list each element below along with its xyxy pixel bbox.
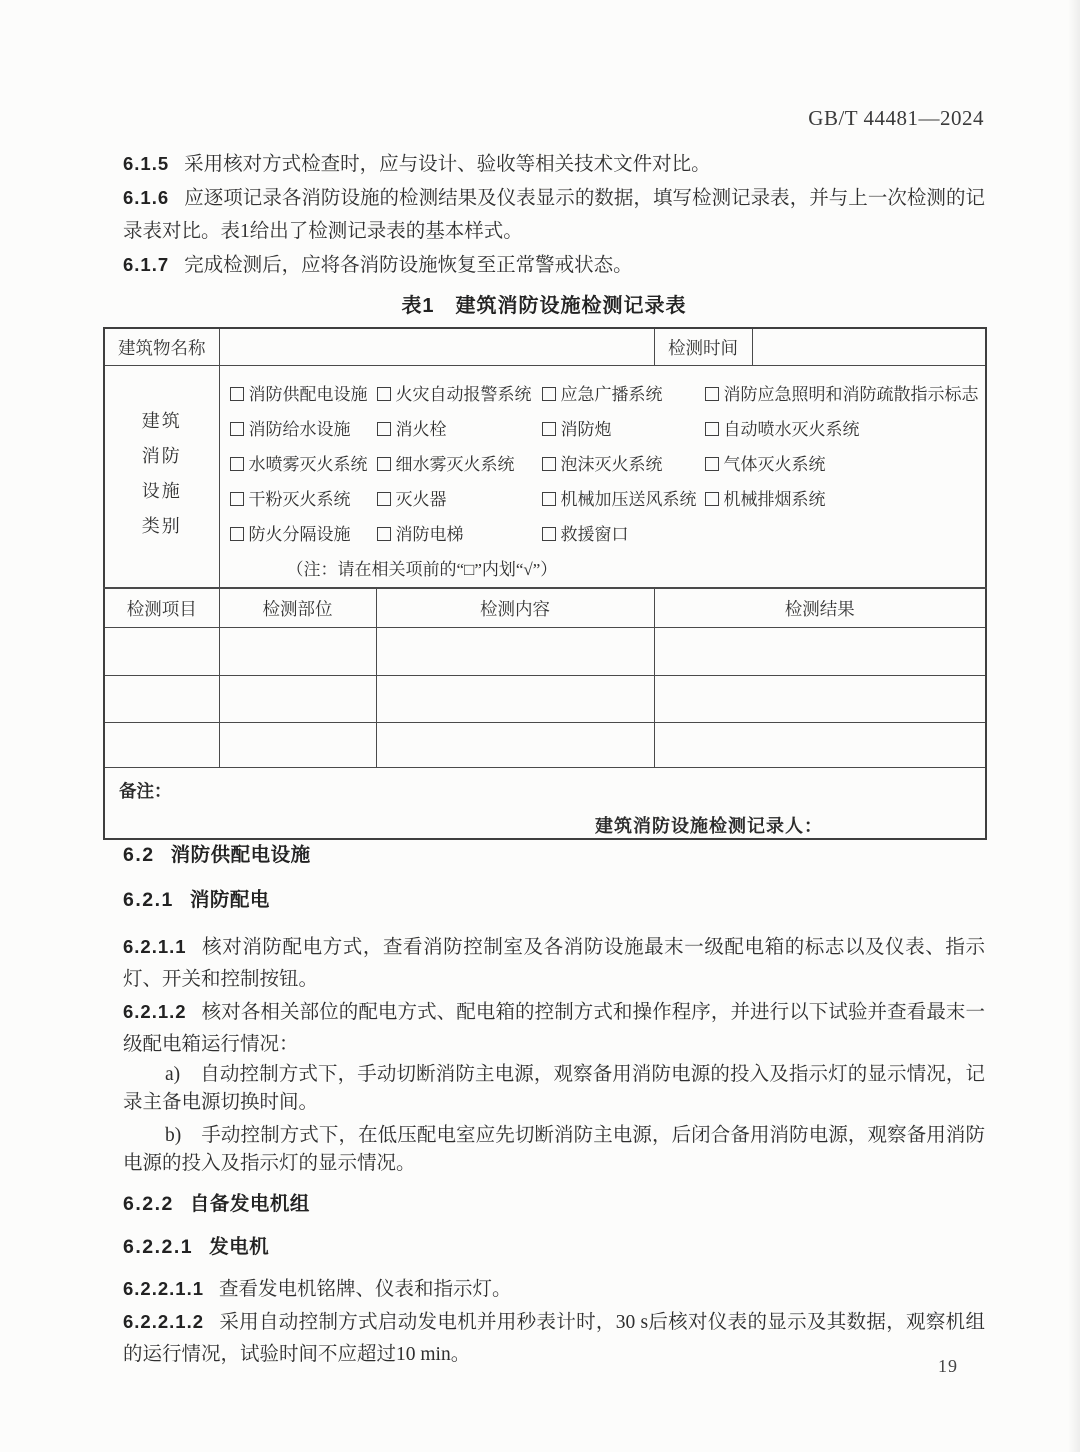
system-checkbox-item: 火灾自动报警系统: [377, 377, 542, 412]
checkbox-icon: [230, 387, 244, 401]
checkbox-icon: [230, 422, 244, 436]
section-title: 消防供配电设施: [171, 844, 311, 866]
checkbox-label: 灭火器: [396, 490, 447, 509]
empty-cell: [376, 628, 654, 676]
scan-edge-shade: [1068, 0, 1080, 1452]
checkbox-icon: [377, 492, 391, 506]
checkbox-icon: [705, 457, 719, 471]
remark-cell: 备注： 建筑消防设施检测记录人：: [104, 768, 986, 840]
checkbox-icon: [377, 387, 391, 401]
list-text: 手动控制方式下，在低压配电室应先切断消防主电源，后闭合备用消防电源，观察备用消防…: [123, 1125, 985, 1174]
system-checkbox-item: 自动喷水灭火系统: [705, 412, 982, 447]
clause-number: 6.2.1.2: [123, 1001, 187, 1022]
remark-label: 备注：: [119, 778, 172, 803]
test-time-label-cell: 检测时间: [654, 328, 752, 366]
building-name-label-cell: 建筑物名称: [104, 328, 219, 366]
list-marker: a): [165, 1064, 180, 1085]
section-heading-6-2-1: 6.2.1消防配电: [123, 888, 985, 912]
checkbox-icon: [377, 527, 391, 541]
checkbox-label: 水喷雾灭火系统: [249, 455, 368, 474]
checkbox-note: （注：请在相关项前的“□”内划“√”）: [287, 552, 982, 587]
clause-6-2-1-1: 6.2.1.1核对消防配电方式，查看消防控制室及各消防设施最末一级配电箱的标志以…: [123, 931, 985, 996]
system-checkbox-item: 消防电梯: [377, 517, 542, 552]
checkbox-line: 干粉灭火系统 灭火器 机械加压送风系统 机械排烟系统: [230, 482, 982, 517]
category-label-cell: 建筑 消防 设施 类别: [104, 366, 219, 589]
clause-number: 6.1.6: [123, 187, 169, 208]
document-page: GB/T 44481—2024 6.1.5采用核对方式检查时，应与设计、验收等相…: [0, 0, 1080, 1452]
section-heading-6-2: 6.2消防供配电设施: [123, 843, 985, 867]
section-title: 自备发电机组: [190, 1193, 310, 1215]
intro-clauses: 6.1.5采用核对方式检查时，应与设计、验收等相关技术文件对比。 6.1.6应逐…: [123, 147, 985, 282]
checkbox-icon: [230, 492, 244, 506]
test-time-value-cell: [752, 328, 986, 366]
detail-header-cell: 检测结果: [654, 588, 986, 628]
detail-header-cell: 检测部位: [219, 588, 376, 628]
clause-6-1-5: 6.1.5采用核对方式检查时，应与设计、验收等相关技术文件对比。: [123, 147, 985, 181]
section-number: 6.2.2: [123, 1193, 174, 1215]
checkbox-line: 消防供配电设施 火灾自动报警系统 应急广播系统 消防应急照明和消防疏散指示标志: [230, 377, 982, 412]
recorder-label: 建筑消防设施检测记录人：: [595, 812, 823, 838]
test-time-label: 检测时间: [668, 338, 738, 358]
system-checkbox-item: 水喷雾灭火系统: [230, 447, 377, 482]
system-checkbox-item: 机械加压送风系统: [542, 482, 705, 517]
section-heading-6-2-2: 6.2.2自备发电机组: [123, 1192, 985, 1216]
checkbox-label: 消防应急照明和消防疏散指示标志: [724, 385, 979, 404]
system-checkbox-item: 消防给水设施: [230, 412, 377, 447]
system-checkbox-item: 防火分隔设施: [230, 517, 377, 552]
system-checkbox-item: 干粉灭火系统: [230, 482, 377, 517]
remark-row: 备注： 建筑消防设施检测记录人：: [104, 768, 986, 840]
checkbox-label: 消防炮: [561, 420, 612, 439]
system-checkbox-item: 消防供配电设施: [230, 377, 377, 412]
clause-text: 应逐项记录各消防设施的检测结果及仪表显示的数据，填写检测记录表，并与上一次检测的…: [123, 188, 985, 242]
clause-6-1-7: 6.1.7完成检测后，应将各消防设施恢复至正常警戒状态。: [123, 248, 985, 282]
detail-header-row: 检测项目 检测部位 检测内容 检测结果: [104, 588, 986, 628]
checkbox-icon: [542, 527, 556, 541]
category-label-line: 消防: [105, 439, 219, 474]
category-label-line: 设施: [105, 474, 219, 509]
checkbox-icon: [377, 457, 391, 471]
checkbox-label: 泡沫灭火系统: [561, 455, 663, 474]
clause-number: 6.2.2.1.1: [123, 1278, 204, 1299]
system-checkbox-item: 消防炮: [542, 412, 705, 447]
clause-6-2-1-2: 6.2.1.2核对各相关部位的配电方式、配电箱的控制方式和操作程序，并进行以下试…: [123, 996, 985, 1061]
checkbox-line: 消防给水设施 消火栓 消防炮 自动喷水灭火系统: [230, 412, 982, 447]
detail-header-cell: 检测项目: [104, 588, 219, 628]
checkbox-icon: [705, 422, 719, 436]
checkbox-label: 干粉灭火系统: [249, 490, 351, 509]
checkbox-icon: [542, 457, 556, 471]
checkbox-icon: [230, 527, 244, 541]
building-name-label: 建筑物名称: [118, 338, 206, 358]
systems-checkbox-cell: 消防供配电设施 火灾自动报警系统 应急广播系统 消防应急照明和消防疏散指示标志 …: [219, 366, 986, 589]
detail-header-cell: 检测内容: [376, 588, 654, 628]
section-number: 6.2.2.1: [123, 1236, 193, 1258]
system-checkbox-item: 应急广播系统: [542, 377, 705, 412]
system-checkbox-item: 泡沫灭火系统: [542, 447, 705, 482]
detail-empty-row: [104, 676, 986, 723]
empty-cell: [376, 676, 654, 723]
list-item-b: b)手动控制方式下，在低压配电室应先切断消防主电源，后闭合备用消防电源，观察备用…: [123, 1122, 985, 1178]
checkbox-label: 火灾自动报警系统: [396, 385, 532, 404]
page-number: 19: [938, 1356, 958, 1377]
table-row-systems: 建筑 消防 设施 类别 消防供配电设施 火灾自动报警系统 应急广播系统 消防应急…: [104, 366, 986, 589]
list-marker: b): [165, 1125, 181, 1146]
system-checkbox-item: 气体灭火系统: [705, 447, 982, 482]
category-label-line: 类别: [105, 509, 219, 544]
system-checkbox-item: 救援窗口: [542, 517, 705, 552]
clause-6-2-2-1-2: 6.2.2.1.2采用自动控制方式启动发电机并用秒表计时，30 s后核对仪表的显…: [123, 1306, 985, 1371]
system-checkbox-item: 机械排烟系统: [705, 482, 982, 517]
list-item-a: a)自动控制方式下，手动切断消防主电源，观察备用消防电源的投入及指示灯的显示情况…: [123, 1061, 985, 1117]
clause-text: 核对各相关部位的配电方式、配电箱的控制方式和操作程序，并进行以下试验并查看最末一…: [123, 1002, 985, 1055]
category-label-line: 建筑: [105, 404, 219, 439]
section-6-2-content: 6.2消防供配电设施 6.2.1消防配电 6.2.1.1核对消防配电方式，查看消…: [123, 843, 985, 1371]
checkbox-icon: [230, 457, 244, 471]
empty-cell: [104, 628, 219, 676]
clause-text: 核对消防配电方式，查看消防控制室及各消防设施最末一级配电箱的标志以及仪表、指示灯…: [123, 937, 985, 990]
clause-text: 查看发电机铭牌、仪表和指示灯。: [219, 1279, 512, 1300]
checkbox-label: 机械加压送风系统: [561, 490, 697, 509]
checkbox-label: 机械排烟系统: [724, 490, 826, 509]
empty-cell: [376, 723, 654, 768]
empty-cell: [654, 676, 986, 723]
empty-cell: [219, 628, 376, 676]
checkbox-label: 消防给水设施: [249, 420, 351, 439]
system-checkbox-item: 消防应急照明和消防疏散指示标志: [705, 377, 982, 412]
empty-cell: [104, 723, 219, 768]
checkbox-label: 消防电梯: [396, 525, 464, 544]
section-title: 发电机: [209, 1236, 269, 1258]
clause-number: 6.2.2.1.2: [123, 1311, 204, 1332]
checkbox-line: 水喷雾灭火系统 细水雾灭火系统 泡沫灭火系统 气体灭火系统: [230, 447, 982, 482]
section-number: 6.2.1: [123, 889, 174, 911]
clause-number: 6.1.7: [123, 254, 169, 275]
section-heading-6-2-2-1: 6.2.2.1发电机: [123, 1235, 985, 1259]
checkbox-label: 应急广播系统: [561, 385, 663, 404]
checkbox-icon: [705, 492, 719, 506]
category-label: 建筑 消防 设施 类别: [105, 366, 219, 544]
systems-checkbox-grid: 消防供配电设施 火灾自动报警系统 应急广播系统 消防应急照明和消防疏散指示标志 …: [220, 366, 986, 587]
checkbox-label: 救援窗口: [561, 525, 629, 544]
checkbox-icon: [542, 492, 556, 506]
clause-text: 采用自动控制方式启动发电机并用秒表计时，30 s后核对仪表的显示及其数据，观察机…: [123, 1312, 985, 1365]
clause-text: 完成检测后，应将各消防设施恢复至正常警戒状态。: [184, 255, 633, 276]
section-title: 消防配电: [190, 889, 270, 911]
system-checkbox-item: 细水雾灭火系统: [377, 447, 542, 482]
empty-cell: [104, 676, 219, 723]
detail-empty-row: [104, 628, 986, 676]
empty-cell: [654, 628, 986, 676]
empty-cell: [219, 723, 376, 768]
clause-6-1-6: 6.1.6应逐项记录各消防设施的检测结果及仪表显示的数据，填写检测记录表，并与上…: [123, 181, 985, 248]
checkbox-line: 防火分隔设施 消防电梯 救援窗口: [230, 517, 982, 552]
checkbox-icon: [542, 422, 556, 436]
clause-6-2-2-1-1: 6.2.2.1.1查看发电机铭牌、仪表和指示灯。: [123, 1273, 985, 1306]
checkbox-label: 消火栓: [396, 420, 447, 439]
clause-text: 采用核对方式检查时，应与设计、验收等相关技术文件对比。: [184, 154, 711, 175]
system-checkbox-item: 消火栓: [377, 412, 542, 447]
list-text: 自动控制方式下，手动切断消防主电源，观察备用消防电源的投入及指示灯的显示情况，记…: [123, 1064, 985, 1113]
checkbox-label: 防火分隔设施: [249, 525, 351, 544]
empty-cell: [654, 723, 986, 768]
checkbox-label: 气体灭火系统: [724, 455, 826, 474]
detail-empty-row: [104, 723, 986, 768]
checkbox-label: 消防供配电设施: [249, 385, 368, 404]
section-number: 6.2: [123, 844, 155, 866]
building-name-value-cell: [219, 328, 654, 366]
standard-reference: GB/T 44481—2024: [808, 106, 984, 131]
clause-number: 6.2.1.1: [123, 936, 187, 957]
checkbox-icon: [705, 387, 719, 401]
clause-number: 6.1.5: [123, 153, 169, 174]
empty-cell: [219, 676, 376, 723]
checkbox-icon: [377, 422, 391, 436]
checkbox-label: 自动喷水灭火系统: [724, 420, 860, 439]
checkbox-label: 细水雾灭火系统: [396, 455, 515, 474]
checkbox-icon: [542, 387, 556, 401]
table-row-building: 建筑物名称 检测时间: [104, 328, 986, 366]
inspection-record-table: 建筑物名称 检测时间 建筑 消防 设施 类别 消防供配电设施 火灾自动报警系统: [103, 327, 987, 840]
system-checkbox-item: 灭火器: [377, 482, 542, 517]
table-title: 表1 建筑消防设施检测记录表: [103, 289, 985, 318]
